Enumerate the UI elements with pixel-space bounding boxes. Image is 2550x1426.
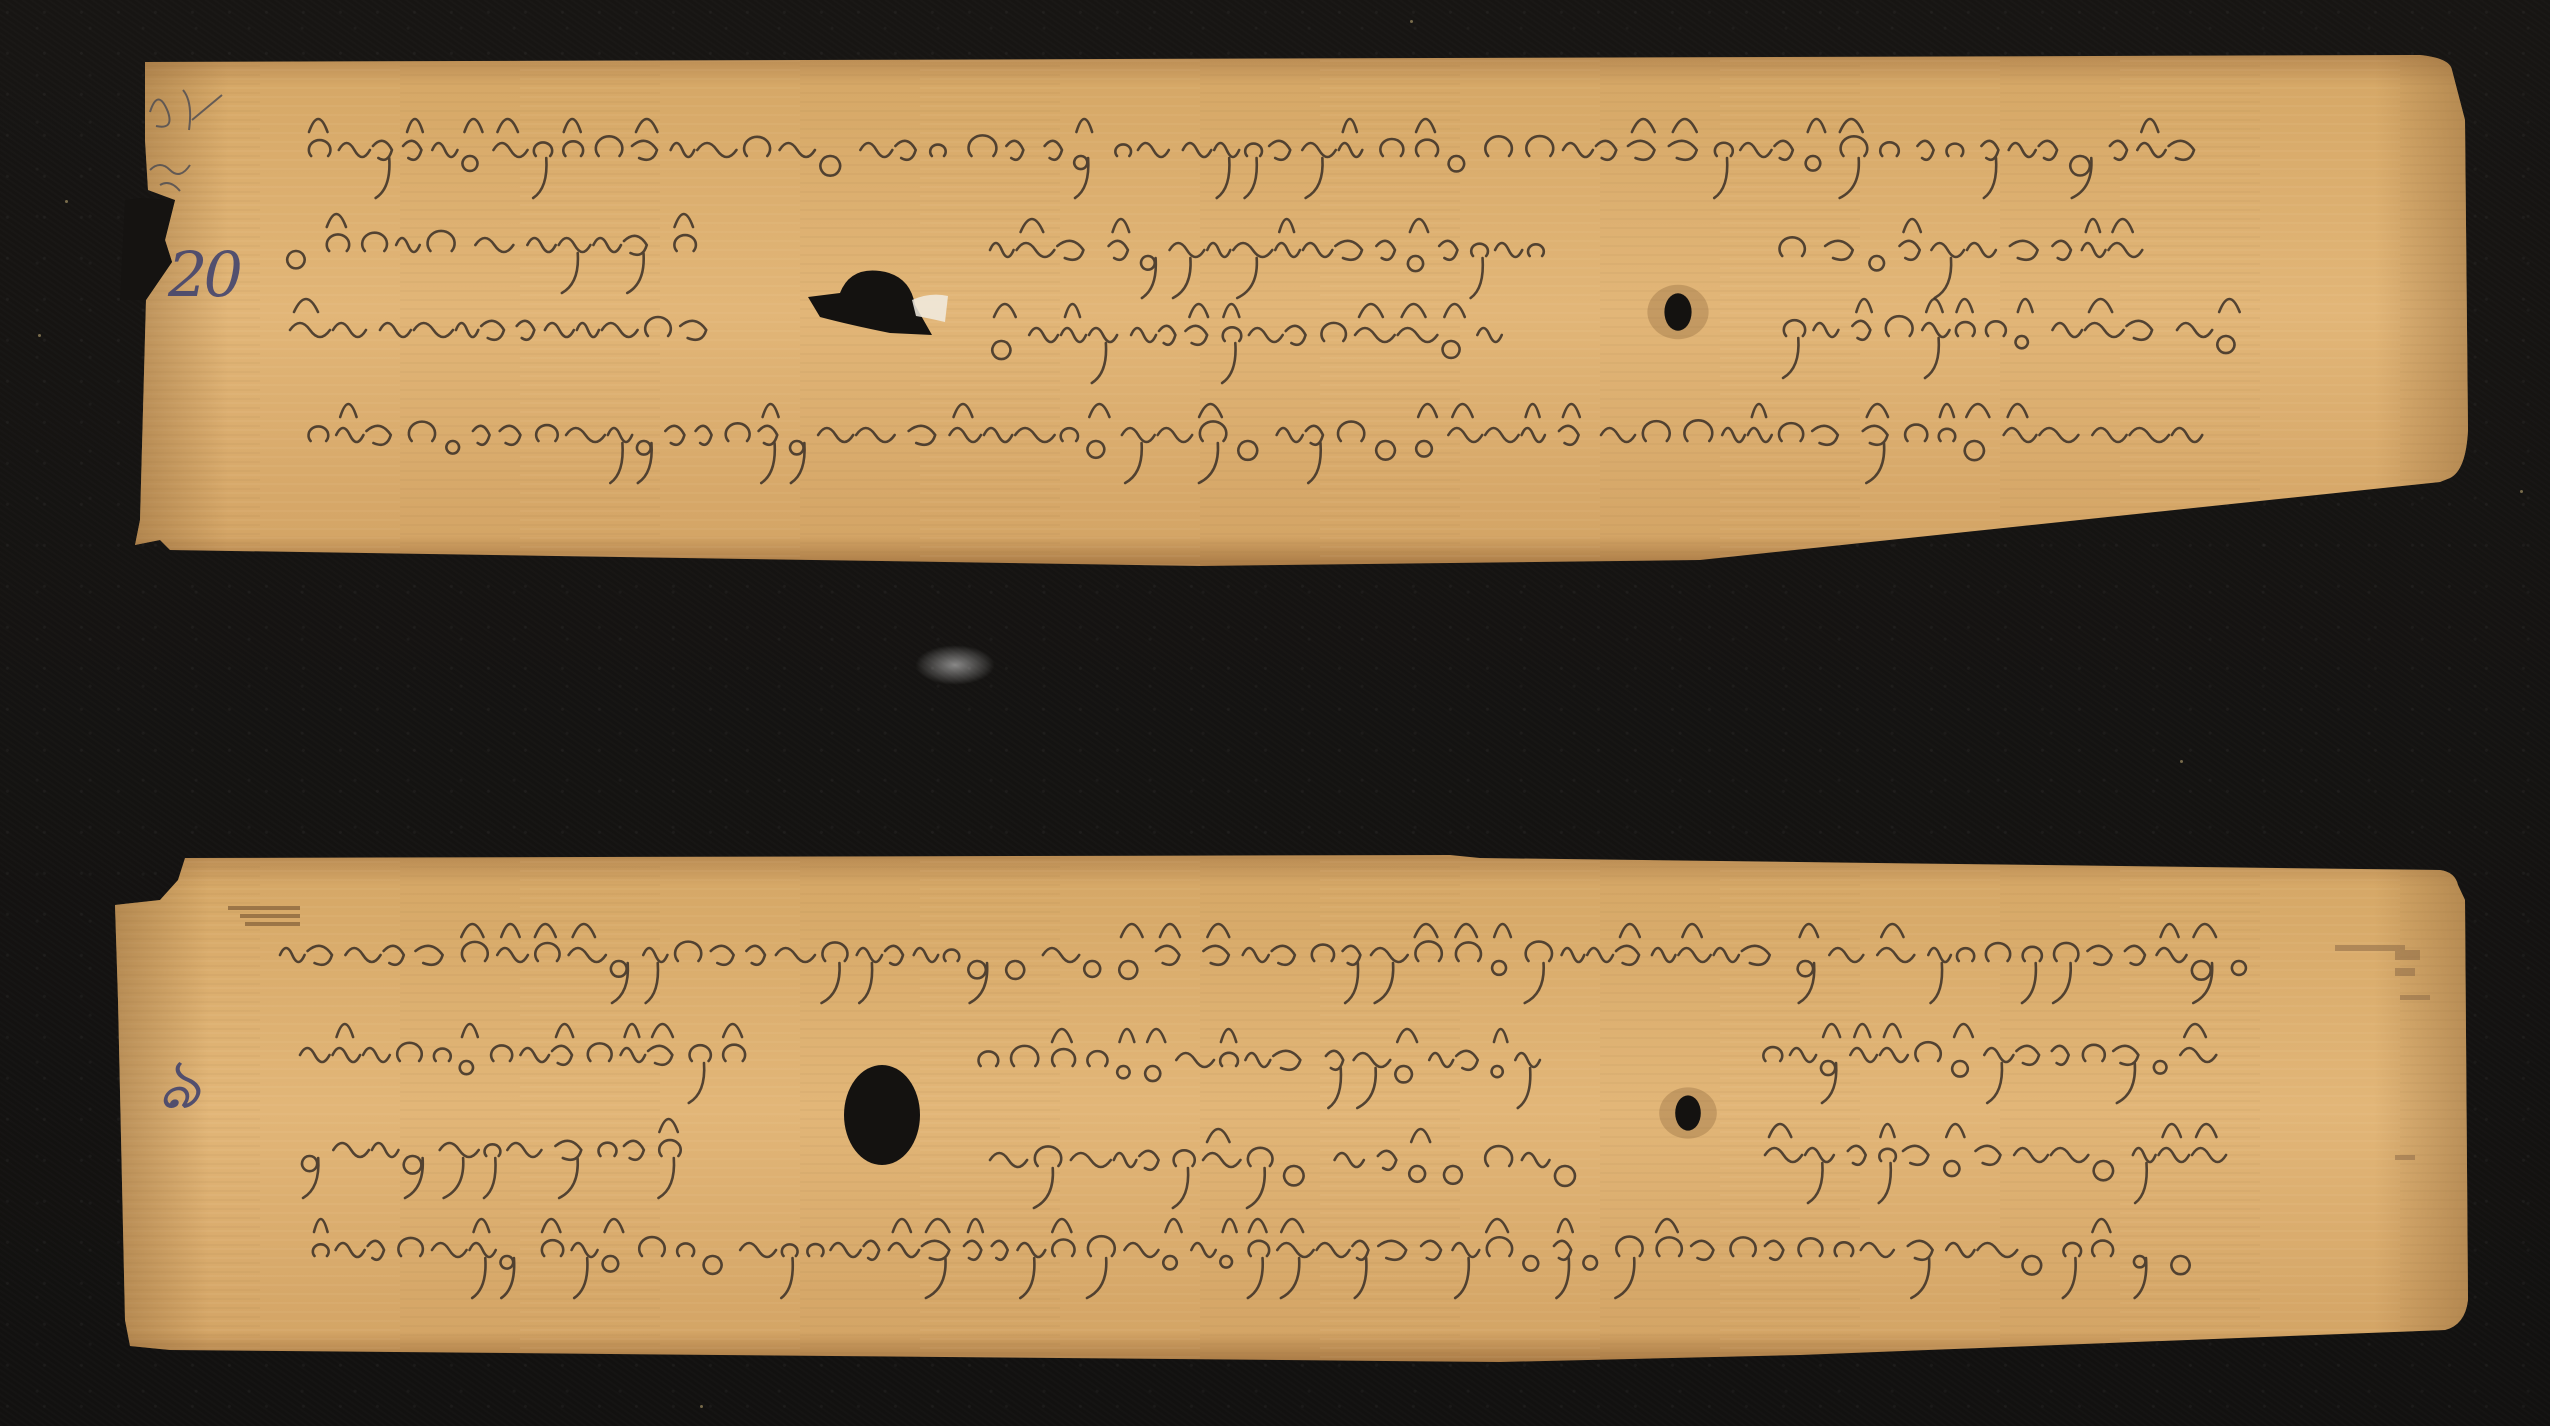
palm-leaf-folios	[0, 0, 2550, 1426]
folio-number-top: 20	[168, 238, 239, 311]
dust-fleck	[1410, 20, 1413, 23]
dust-fleck	[2180, 760, 2183, 763]
dust-fleck	[700, 1405, 703, 1408]
leaf-bottom	[115, 855, 2468, 1362]
manuscript-photo: 20 ঌ Two palm-leaf manuscript folios (Bu…	[0, 0, 2550, 1426]
binding-hole	[844, 1065, 920, 1165]
binding-hole	[1675, 1095, 1701, 1130]
binding-hole	[1664, 293, 1691, 330]
leaf-top	[120, 55, 2468, 566]
folio-number-bottom: ঌ	[158, 1030, 196, 1147]
dust-fleck	[38, 334, 41, 337]
dust-fleck	[2520, 490, 2523, 493]
lint-tuft	[915, 645, 995, 685]
dust-fleck	[65, 200, 68, 203]
